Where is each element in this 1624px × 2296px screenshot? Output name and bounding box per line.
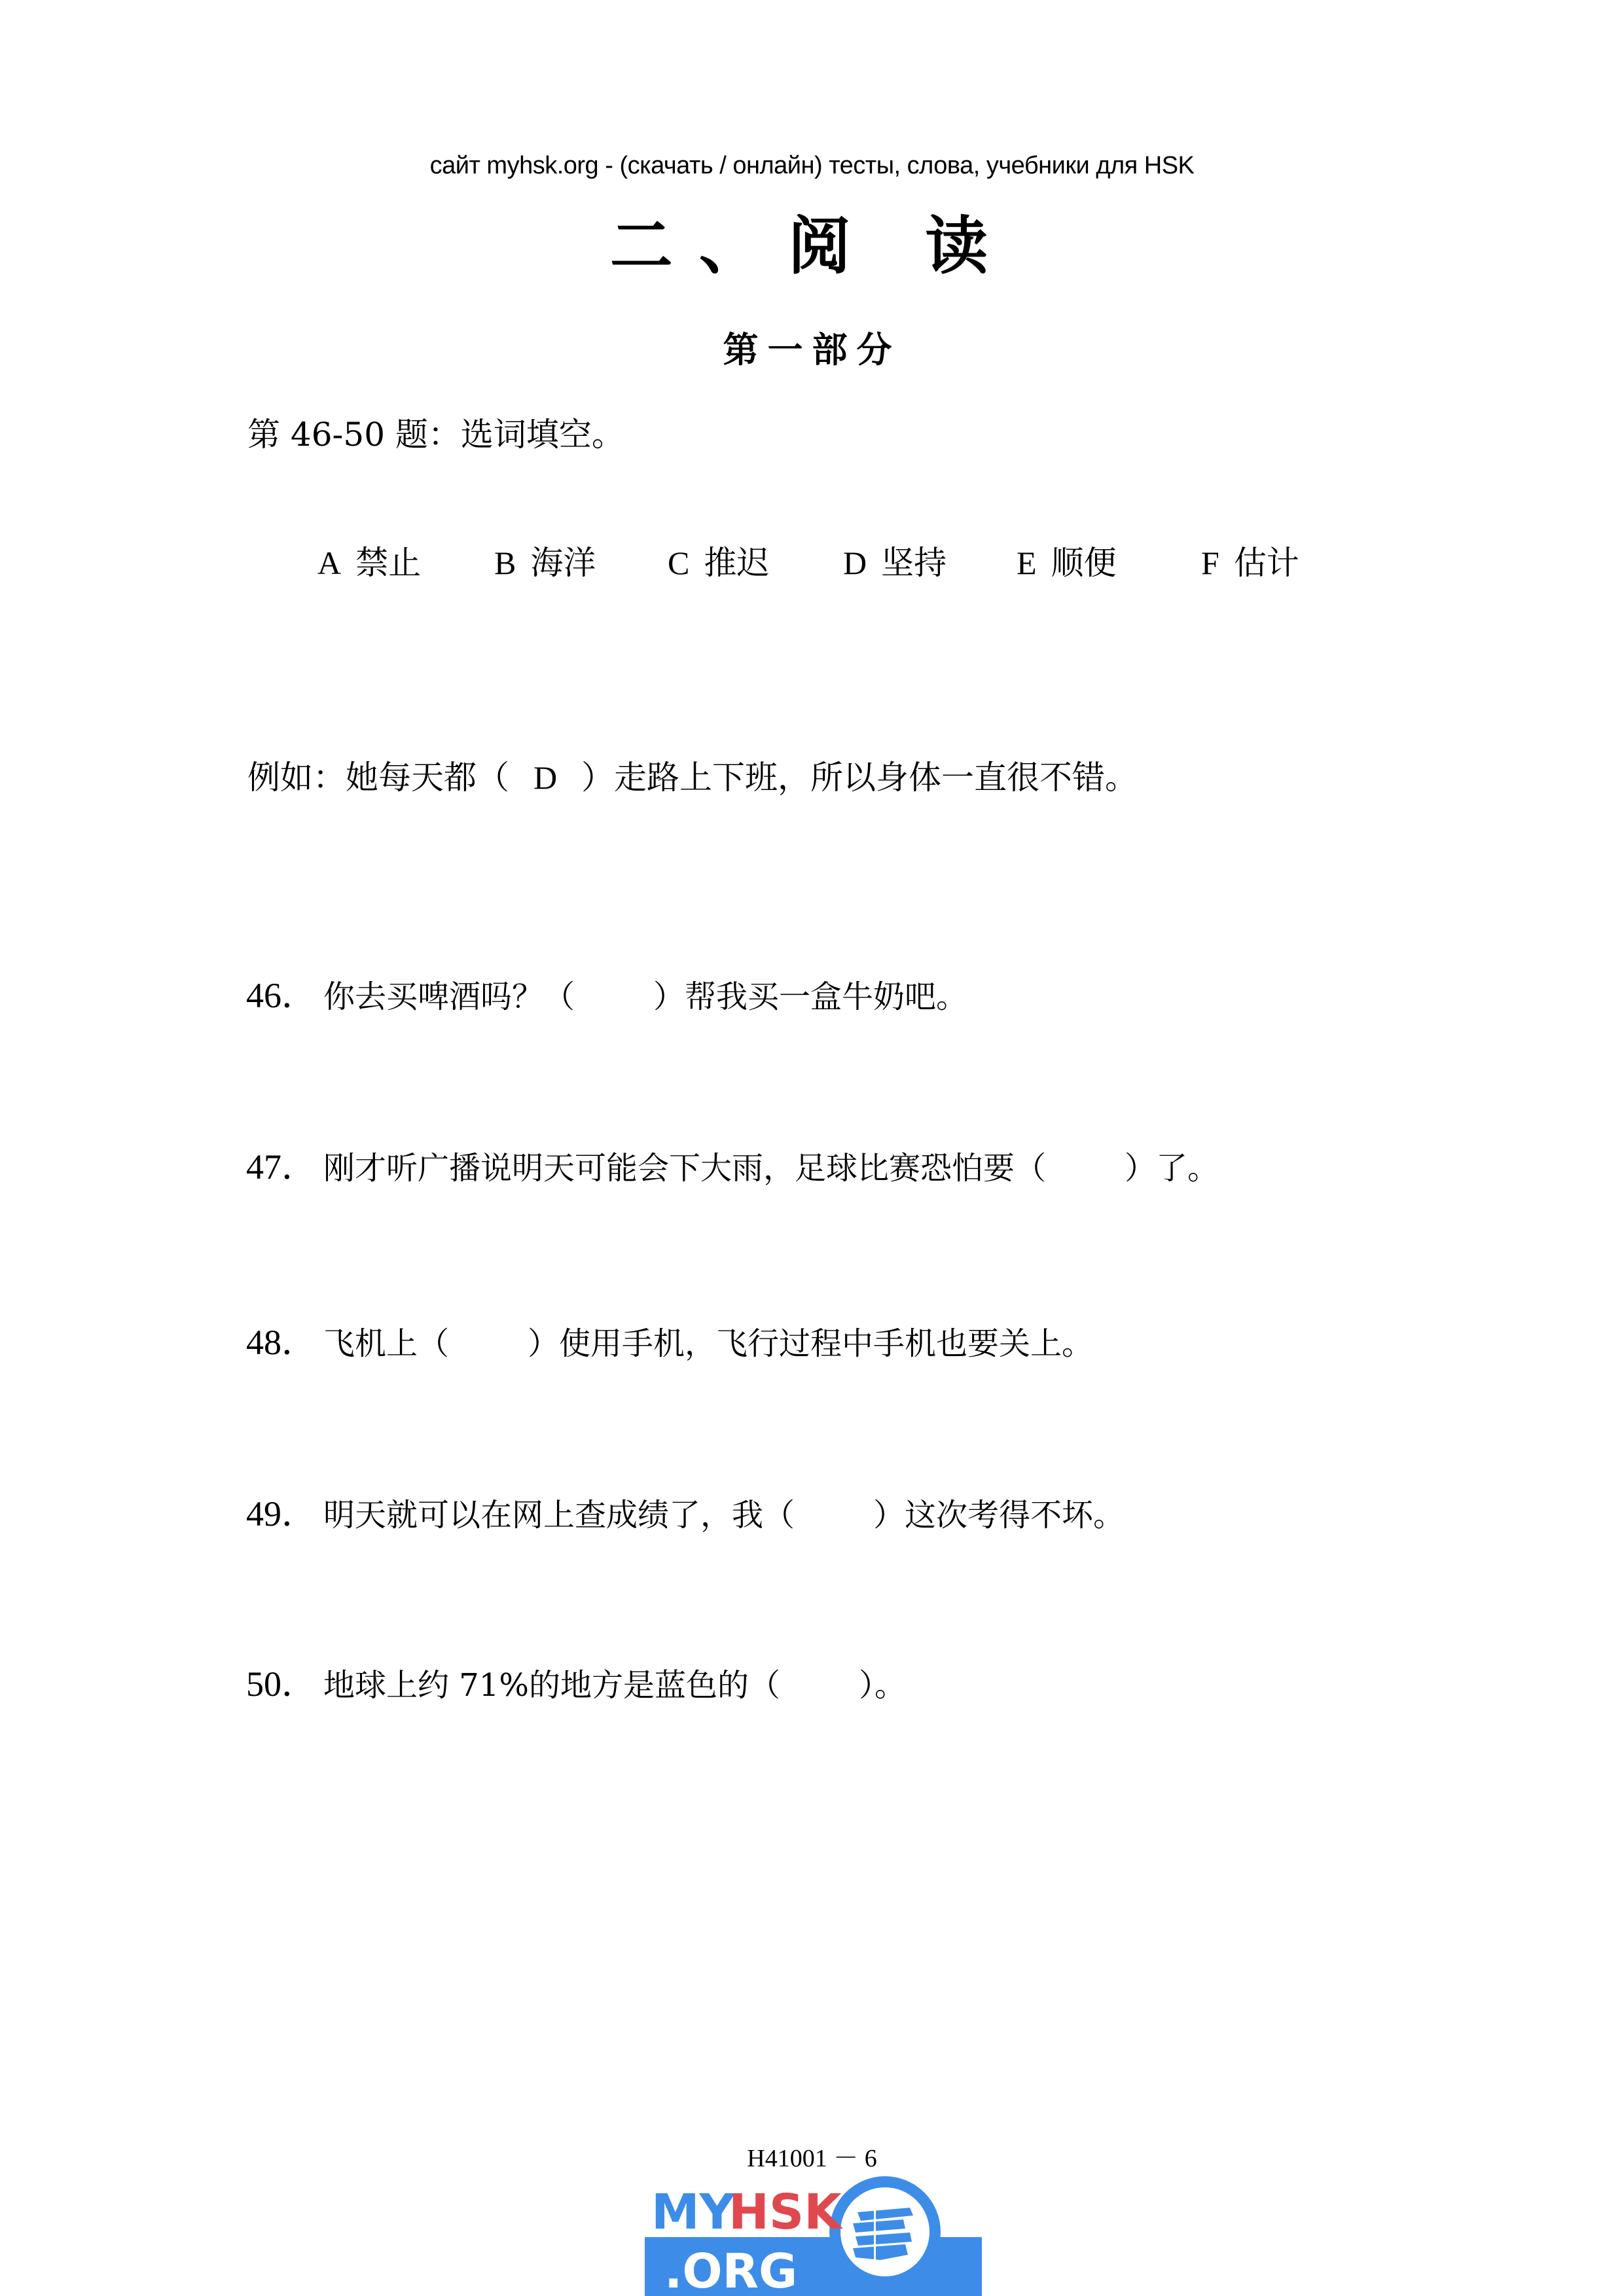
page-number: H41001 － 6: [0, 2138, 1624, 2174]
section-title: 二、阅 读: [0, 196, 1624, 286]
question-50: 50．地球上约 71%的地方是蓝色的（）。: [246, 1656, 906, 1706]
option-b: B海洋: [494, 537, 596, 584]
svg-text:HSK: HSK: [729, 2184, 843, 2240]
question-47: 47．刚才听广播说明天可能会下大雨，足球比赛恐怕要（）了。: [246, 1139, 1219, 1189]
option-f: F估计: [1201, 537, 1299, 584]
site-banner: сайт myhsk.org - (скачать / онлайн) тест…: [0, 152, 1624, 180]
question-49: 49．明天就可以在网上查成绩了，我（）这次考得不坏。: [246, 1486, 1125, 1536]
part-title: 第一部分: [0, 322, 1624, 372]
instructions: 第 46-50 题：选词填空。: [247, 408, 624, 456]
example-answer: D: [509, 759, 581, 797]
question-48: 48．飞机上（）使用手机，飞行过程中手机也要关上。: [246, 1314, 1093, 1365]
option-a: A禁止: [317, 537, 421, 584]
myhsk-logo[interactable]: MY HSK .ORG: [645, 2176, 982, 2296]
example-sentence: 例如：她每天都（D）走路上下班，所以身体一直很不错。: [247, 751, 1138, 798]
word-options: A禁止 B海洋 C推迟 D坚持 E顺便 F估计: [0, 537, 1624, 589]
svg-text:.ORG: .ORG: [664, 2244, 797, 2296]
option-d: D坚持: [843, 537, 947, 584]
option-e: E顺便: [1017, 537, 1117, 584]
question-46: 46．你去买啤酒吗？（）帮我买一盒牛奶吧。: [246, 967, 967, 1018]
svg-text:MY: MY: [651, 2184, 736, 2240]
option-c: C推迟: [668, 537, 769, 584]
